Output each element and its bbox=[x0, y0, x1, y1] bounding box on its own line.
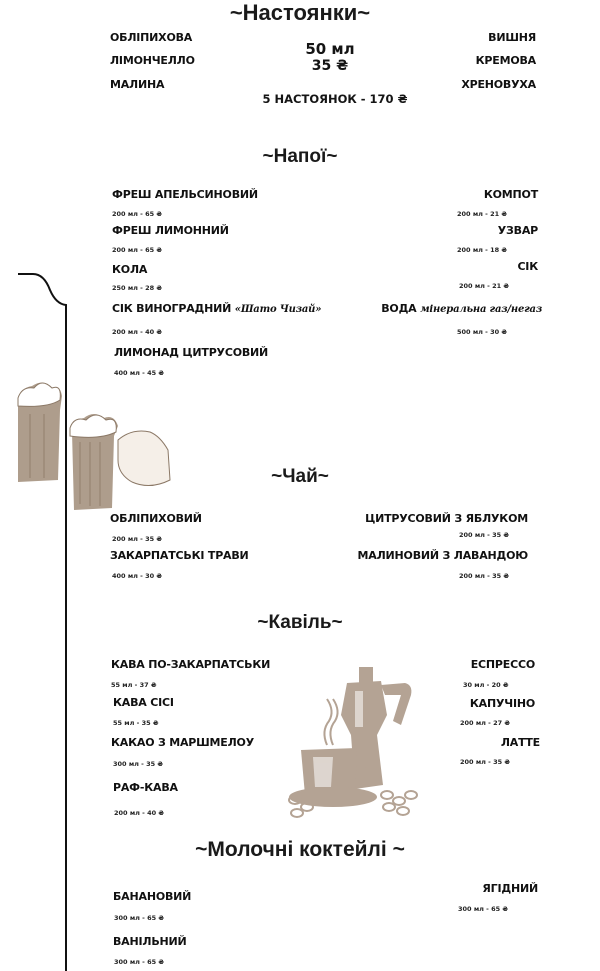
section-title: ~Кавіль~ bbox=[0, 612, 600, 634]
price-label: 35 ₴ bbox=[280, 58, 380, 74]
menu-item-price: 200 мл - 18 ₴ bbox=[457, 246, 507, 254]
menu-item-name: ОБЛІПИХОВИЙ bbox=[110, 512, 202, 525]
item-name-detail: мінеральна газ/негаз bbox=[420, 304, 542, 315]
combo-offer: 5 НАСТОЯНОК - 170 ₴ bbox=[200, 92, 470, 106]
menu-item-name: КАПУЧІНО bbox=[470, 697, 535, 710]
menu-item-price: 500 мл - 30 ₴ bbox=[457, 328, 507, 336]
menu-item-price: 200 мл - 65 ₴ bbox=[112, 246, 162, 254]
menu-item-name: МАЛИНОВИЙ З ЛАВАНДОЮ bbox=[358, 549, 528, 562]
menu-item-name: РАФ-КАВА bbox=[113, 781, 178, 794]
menu-item-price: 200 мл - 21 ₴ bbox=[457, 210, 507, 218]
menu-item-price: 200 мл - 35 ₴ bbox=[459, 531, 509, 539]
menu-item-name: ВОДА мінеральна газ/негаз bbox=[381, 302, 542, 315]
menu-item-price: 200 мл - 40 ₴ bbox=[114, 809, 164, 817]
coffee-icon bbox=[285, 655, 435, 820]
menu-item-price: 400 мл - 45 ₴ bbox=[114, 369, 164, 377]
menu-item-name: ХРЕНОВУХА bbox=[461, 78, 536, 91]
menu-item-name: КОЛА bbox=[112, 263, 147, 276]
menu-item-price: 200 мл - 27 ₴ bbox=[460, 719, 510, 727]
menu-item-price: 300 мл - 35 ₴ bbox=[113, 760, 163, 768]
menu-item-name: ЯГІДНИЙ bbox=[482, 882, 538, 895]
menu-item-price: 300 мл - 65 ₴ bbox=[114, 958, 164, 966]
menu-item-name: ЛІМОНЧЕЛЛО bbox=[110, 54, 195, 67]
item-name-brand: «Шато Чизай» bbox=[235, 304, 322, 315]
menu-item-name: ЗАКАРПАТСЬКІ ТРАВИ bbox=[110, 549, 249, 562]
menu-item-name: ЛАТТЕ bbox=[501, 736, 540, 749]
item-name-main: СІК ВИНОГРАДНИЙ bbox=[112, 302, 231, 315]
beer-icon bbox=[0, 370, 180, 520]
menu-item-price: 55 мл - 35 ₴ bbox=[113, 719, 159, 727]
menu-item-name: УЗВАР bbox=[498, 224, 538, 237]
menu-item-price: 55 мл - 37 ₴ bbox=[111, 681, 157, 689]
menu-item-name: КАВА ПО-ЗАКАРПАТСЬКИ bbox=[111, 658, 270, 671]
menu-item-price: 300 мл - 65 ₴ bbox=[114, 914, 164, 922]
menu-item-name: БАНАНОВИЙ bbox=[113, 890, 191, 903]
menu-item-name: ЦИТРУСОВИЙ З ЯБЛУКОМ bbox=[365, 512, 528, 525]
menu-item-name: СІК bbox=[517, 260, 538, 273]
menu-item-name: ВАНІЛЬНИЙ bbox=[113, 935, 187, 948]
menu-item-price: 200 мл - 35 ₴ bbox=[112, 535, 162, 543]
menu-item-name: ВИШНЯ bbox=[488, 31, 536, 44]
menu-item-name: КАВА СІСІ bbox=[113, 696, 174, 709]
section-title: ~Чай~ bbox=[0, 466, 600, 488]
menu-item-price: 400 мл - 30 ₴ bbox=[112, 572, 162, 580]
menu-item-price: 200 мл - 35 ₴ bbox=[459, 572, 509, 580]
section-title: ~Молочні коктейлі ~ bbox=[0, 838, 600, 862]
item-name-main: ВОДА bbox=[381, 302, 416, 315]
menu-item-name: ОБЛІПИХОВА bbox=[110, 31, 192, 44]
menu-item-price: 250 мл - 28 ₴ bbox=[112, 284, 162, 292]
menu-item-price: 200 мл - 21 ₴ bbox=[459, 282, 509, 290]
menu-item-name: КРЕМОВА bbox=[476, 54, 536, 67]
menu-item-name: МАЛИНА bbox=[110, 78, 164, 91]
menu-item-name: СІК ВИНОГРАДНИЙ «Шато Чизай» bbox=[112, 302, 321, 315]
menu-item-name: КАКАО З МАРШМЕЛОУ bbox=[111, 736, 254, 749]
section-title: ~Настоянки~ bbox=[0, 0, 600, 26]
menu-item-price: 200 мл - 65 ₴ bbox=[112, 210, 162, 218]
section-title: ~Напої~ bbox=[0, 146, 600, 168]
menu-item-name: КОМПОТ bbox=[484, 188, 538, 201]
menu-item-price: 200 мл - 40 ₴ bbox=[112, 328, 162, 336]
menu-item-price: 30 мл - 20 ₴ bbox=[463, 681, 509, 689]
menu-item-name: ФРЕШ АПЕЛЬСИНОВИЙ bbox=[112, 188, 258, 201]
menu-item-name: ФРЕШ ЛИМОННИЙ bbox=[112, 224, 229, 237]
menu-item-name: ЕСПРЕССО bbox=[471, 658, 535, 671]
menu-item-price: 300 мл - 65 ₴ bbox=[458, 905, 508, 913]
menu-item-price: 200 мл - 35 ₴ bbox=[460, 758, 510, 766]
menu-item-name: ЛИМОНАД ЦИТРУСОВИЙ bbox=[114, 346, 268, 359]
volume-label: 50 мл bbox=[280, 41, 380, 57]
